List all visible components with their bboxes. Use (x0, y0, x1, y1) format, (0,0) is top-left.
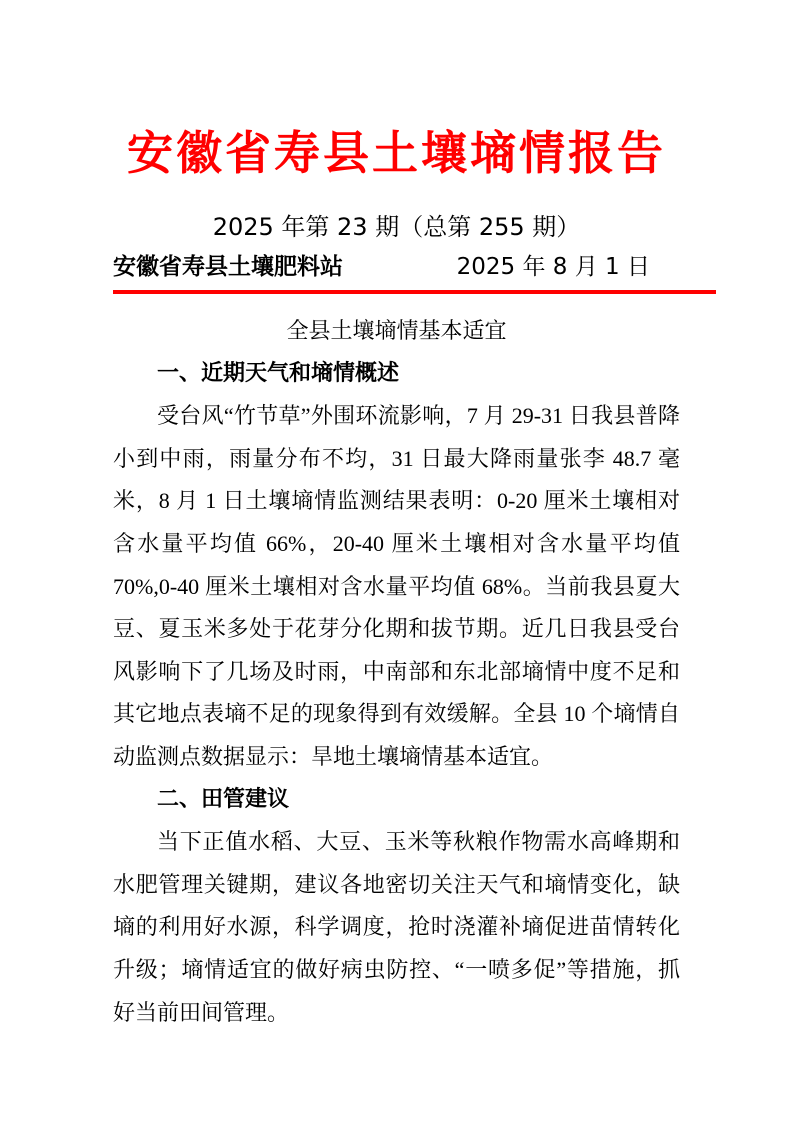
issue-date: 2025 年 8 月 1 日 (457, 252, 680, 282)
issue-number-line: 2025 年第 23 期（总第 255 期） (0, 212, 793, 242)
document-body: 全县土壤墒情基本适宜 一、近期天气和墒情概述 受台风“竹节草”外围环流影响，7 … (113, 310, 680, 1034)
report-page: 安徽省寿县土壤墒情报告 2025 年第 23 期（总第 255 期） 安徽省寿县… (0, 0, 793, 1122)
red-divider-rule (113, 290, 716, 294)
section-2-heading: 二、田管建议 (113, 779, 680, 822)
section-2-paragraph: 当下正值水稻、大豆、玉米等秋粮作物需水高峰期和水肥管理关键期，建议各地密切关注天… (113, 821, 680, 1034)
section-1-heading: 一、近期天气和墒情概述 (113, 353, 680, 396)
document-title: 安徽省寿县土壤墒情报告 (0, 0, 793, 180)
masthead-row: 安徽省寿县土壤肥料站 2025 年 8 月 1 日 (113, 252, 680, 282)
publisher-name: 安徽省寿县土壤肥料站 (113, 252, 343, 282)
document-subtitle: 全县土壤墒情基本适宜 (113, 310, 680, 353)
section-1-paragraph: 受台风“竹节草”外围环流影响，7 月 29-31 日我县普降小到中雨，雨量分布不… (113, 395, 680, 778)
